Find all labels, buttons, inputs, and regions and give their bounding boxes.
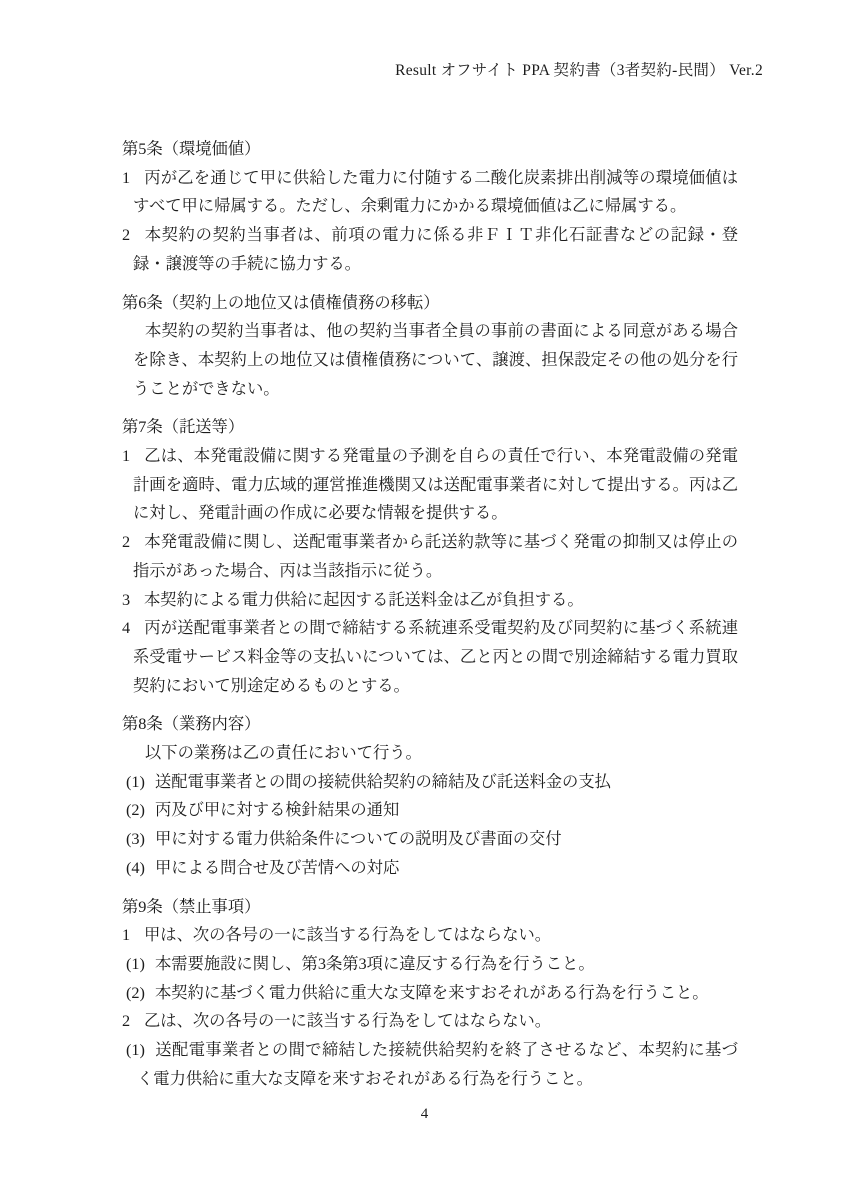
article-8: 第8条（業務内容） 以下の業務は乙の責任において行う。 (1)送配電事業者との間…: [122, 710, 738, 882]
subitem-number: (1): [126, 768, 155, 797]
paragraph-text: 本発電設備に関し、送配電事業者から託送約款等に基づく発電の抑制又は停止の指示があ…: [133, 532, 738, 580]
paragraph-text: 本契約による電力供給に起因する託送料金は乙が負担する。: [144, 590, 584, 609]
article-6-heading: 第6条（契約上の地位又は債権債務の移転）: [122, 289, 738, 318]
paragraph-number: 3: [122, 586, 144, 615]
document-page: Result オフサイト PPA 契約書（3者契約-民間） Ver.2 第5条（…: [0, 0, 849, 1200]
clause-paragraph: 3本契約による電力供給に起因する託送料金は乙が負担する。: [122, 586, 738, 615]
article-7-heading: 第7条（託送等）: [122, 413, 738, 442]
article-8-heading: 第8条（業務内容）: [122, 710, 738, 739]
article-9-heading: 第9条（禁止事項）: [122, 893, 738, 922]
clause-subitem: (4)甲による問合せ及び苦情への対応: [122, 854, 738, 883]
clause-paragraph: 本契約の契約当事者は、他の契約当事者全員の事前の書面による同意がある場合を除き、…: [122, 317, 738, 403]
subitem-number: (1): [126, 1036, 155, 1065]
document-body: 第5条（環境価値） 1丙が乙を通じて甲に供給した電力に付随する二酸化炭素排出削減…: [122, 135, 738, 1094]
clause-paragraph: 4丙が送配電事業者との間で締結する系統連系受電契約及び同契約に基づく系統連系受電…: [122, 614, 738, 700]
subitem-text: 本契約に基づく電力供給に重大な支障を来すおそれがある行為を行うこと。: [155, 983, 709, 1002]
article-5: 第5条（環境価値） 1丙が乙を通じて甲に供給した電力に付随する二酸化炭素排出削減…: [122, 135, 738, 279]
subitem-number: (3): [126, 825, 155, 854]
subitem-text: 丙及び甲に対する検針結果の通知: [155, 800, 399, 819]
article-7: 第7条（託送等） 1乙は、本発電設備に関する発電量の予測を自らの責任で行い、本発…: [122, 413, 738, 700]
clause-paragraph: 1丙が乙を通じて甲に供給した電力に付随する二酸化炭素排出削減等の環境価値はすべて…: [122, 164, 738, 221]
clause-subitem: (2)本契約に基づく電力供給に重大な支障を来すおそれがある行為を行うこと。: [122, 979, 738, 1008]
paragraph-number: 2: [122, 221, 144, 250]
paragraph-text: 乙は、次の各号の一に該当する行為をしてはならない。: [144, 1011, 551, 1030]
paragraph-number: 2: [122, 528, 144, 557]
paragraph-text: 甲は、次の各号の一に該当する行為をしてはならない。: [144, 925, 551, 944]
clause-paragraph: 2乙は、次の各号の一に該当する行為をしてはならない。: [122, 1007, 738, 1036]
paragraph-text: 丙が乙を通じて甲に供給した電力に付随する二酸化炭素排出削減等の環境価値はすべて甲…: [133, 168, 738, 216]
subitem-text: 本需要施設に関し、第3条第3項に違反する行為を行うこと。: [155, 954, 595, 973]
document-header-title: Result オフサイト PPA 契約書（3者契約-民間） Ver.2: [0, 60, 763, 82]
subitem-number: (1): [126, 950, 155, 979]
article-5-heading: 第5条（環境価値）: [122, 135, 738, 164]
paragraph-text: 丙が送配電事業者との間で締結する系統連系受電契約及び同契約に基づく系統連系受電サ…: [133, 618, 738, 694]
subitem-text: 送配電事業者との間の接続供給契約の締結及び託送料金の支払: [155, 772, 611, 791]
paragraph-number: 2: [122, 1007, 144, 1036]
paragraph-number: 4: [122, 614, 144, 643]
subitem-text: 甲による問合せ及び苦情への対応: [155, 858, 399, 877]
subitem-text: 送配電事業者との間で締結した接続供給契約を終了させるなど、本契約に基づく電力供給…: [137, 1040, 738, 1088]
subitem-number: (4): [126, 854, 155, 883]
clause-paragraph: 1甲は、次の各号の一に該当する行為をしてはならない。: [122, 921, 738, 950]
paragraph-number: 1: [122, 921, 144, 950]
paragraph-number: 1: [122, 442, 144, 471]
clause-paragraph: 1乙は、本発電設備に関する発電量の予測を自らの責任で行い、本発電設備の発電計画を…: [122, 442, 738, 528]
subitem-number: (2): [126, 979, 155, 1008]
clause-subitem: (1)送配電事業者との間で締結した接続供給契約を終了させるなど、本契約に基づく電…: [122, 1036, 738, 1093]
clause-subitem: (1)送配電事業者との間の接続供給契約の締結及び託送料金の支払: [122, 768, 738, 797]
clause-paragraph: 以下の業務は乙の責任において行う。: [122, 739, 738, 768]
page-number: 4: [0, 1103, 849, 1125]
clause-paragraph: 2本契約の契約当事者は、前項の電力に係る非ＦＩＴ非化石証書などの記録・登録・譲渡…: [122, 221, 738, 278]
clause-subitem: (3)甲に対する電力供給条件についての説明及び書面の交付: [122, 825, 738, 854]
clause-subitem: (1)本需要施設に関し、第3条第3項に違反する行為を行うこと。: [122, 950, 738, 979]
subitem-number: (2): [126, 796, 155, 825]
clause-subitem: (2)丙及び甲に対する検針結果の通知: [122, 796, 738, 825]
paragraph-text: 乙は、本発電設備に関する発電量の予測を自らの責任で行い、本発電設備の発電計画を適…: [133, 446, 738, 522]
article-9: 第9条（禁止事項） 1甲は、次の各号の一に該当する行為をしてはならない。 (1)…: [122, 893, 738, 1094]
clause-paragraph: 2本発電設備に関し、送配電事業者から託送約款等に基づく発電の抑制又は停止の指示が…: [122, 528, 738, 585]
paragraph-number: 1: [122, 164, 144, 193]
article-6: 第6条（契約上の地位又は債権債務の移転） 本契約の契約当事者は、他の契約当事者全…: [122, 289, 738, 404]
subitem-text: 甲に対する電力供給条件についての説明及び書面の交付: [155, 829, 562, 848]
paragraph-text: 本契約の契約当事者は、前項の電力に係る非ＦＩＴ非化石証書などの記録・登録・譲渡等…: [133, 225, 738, 273]
